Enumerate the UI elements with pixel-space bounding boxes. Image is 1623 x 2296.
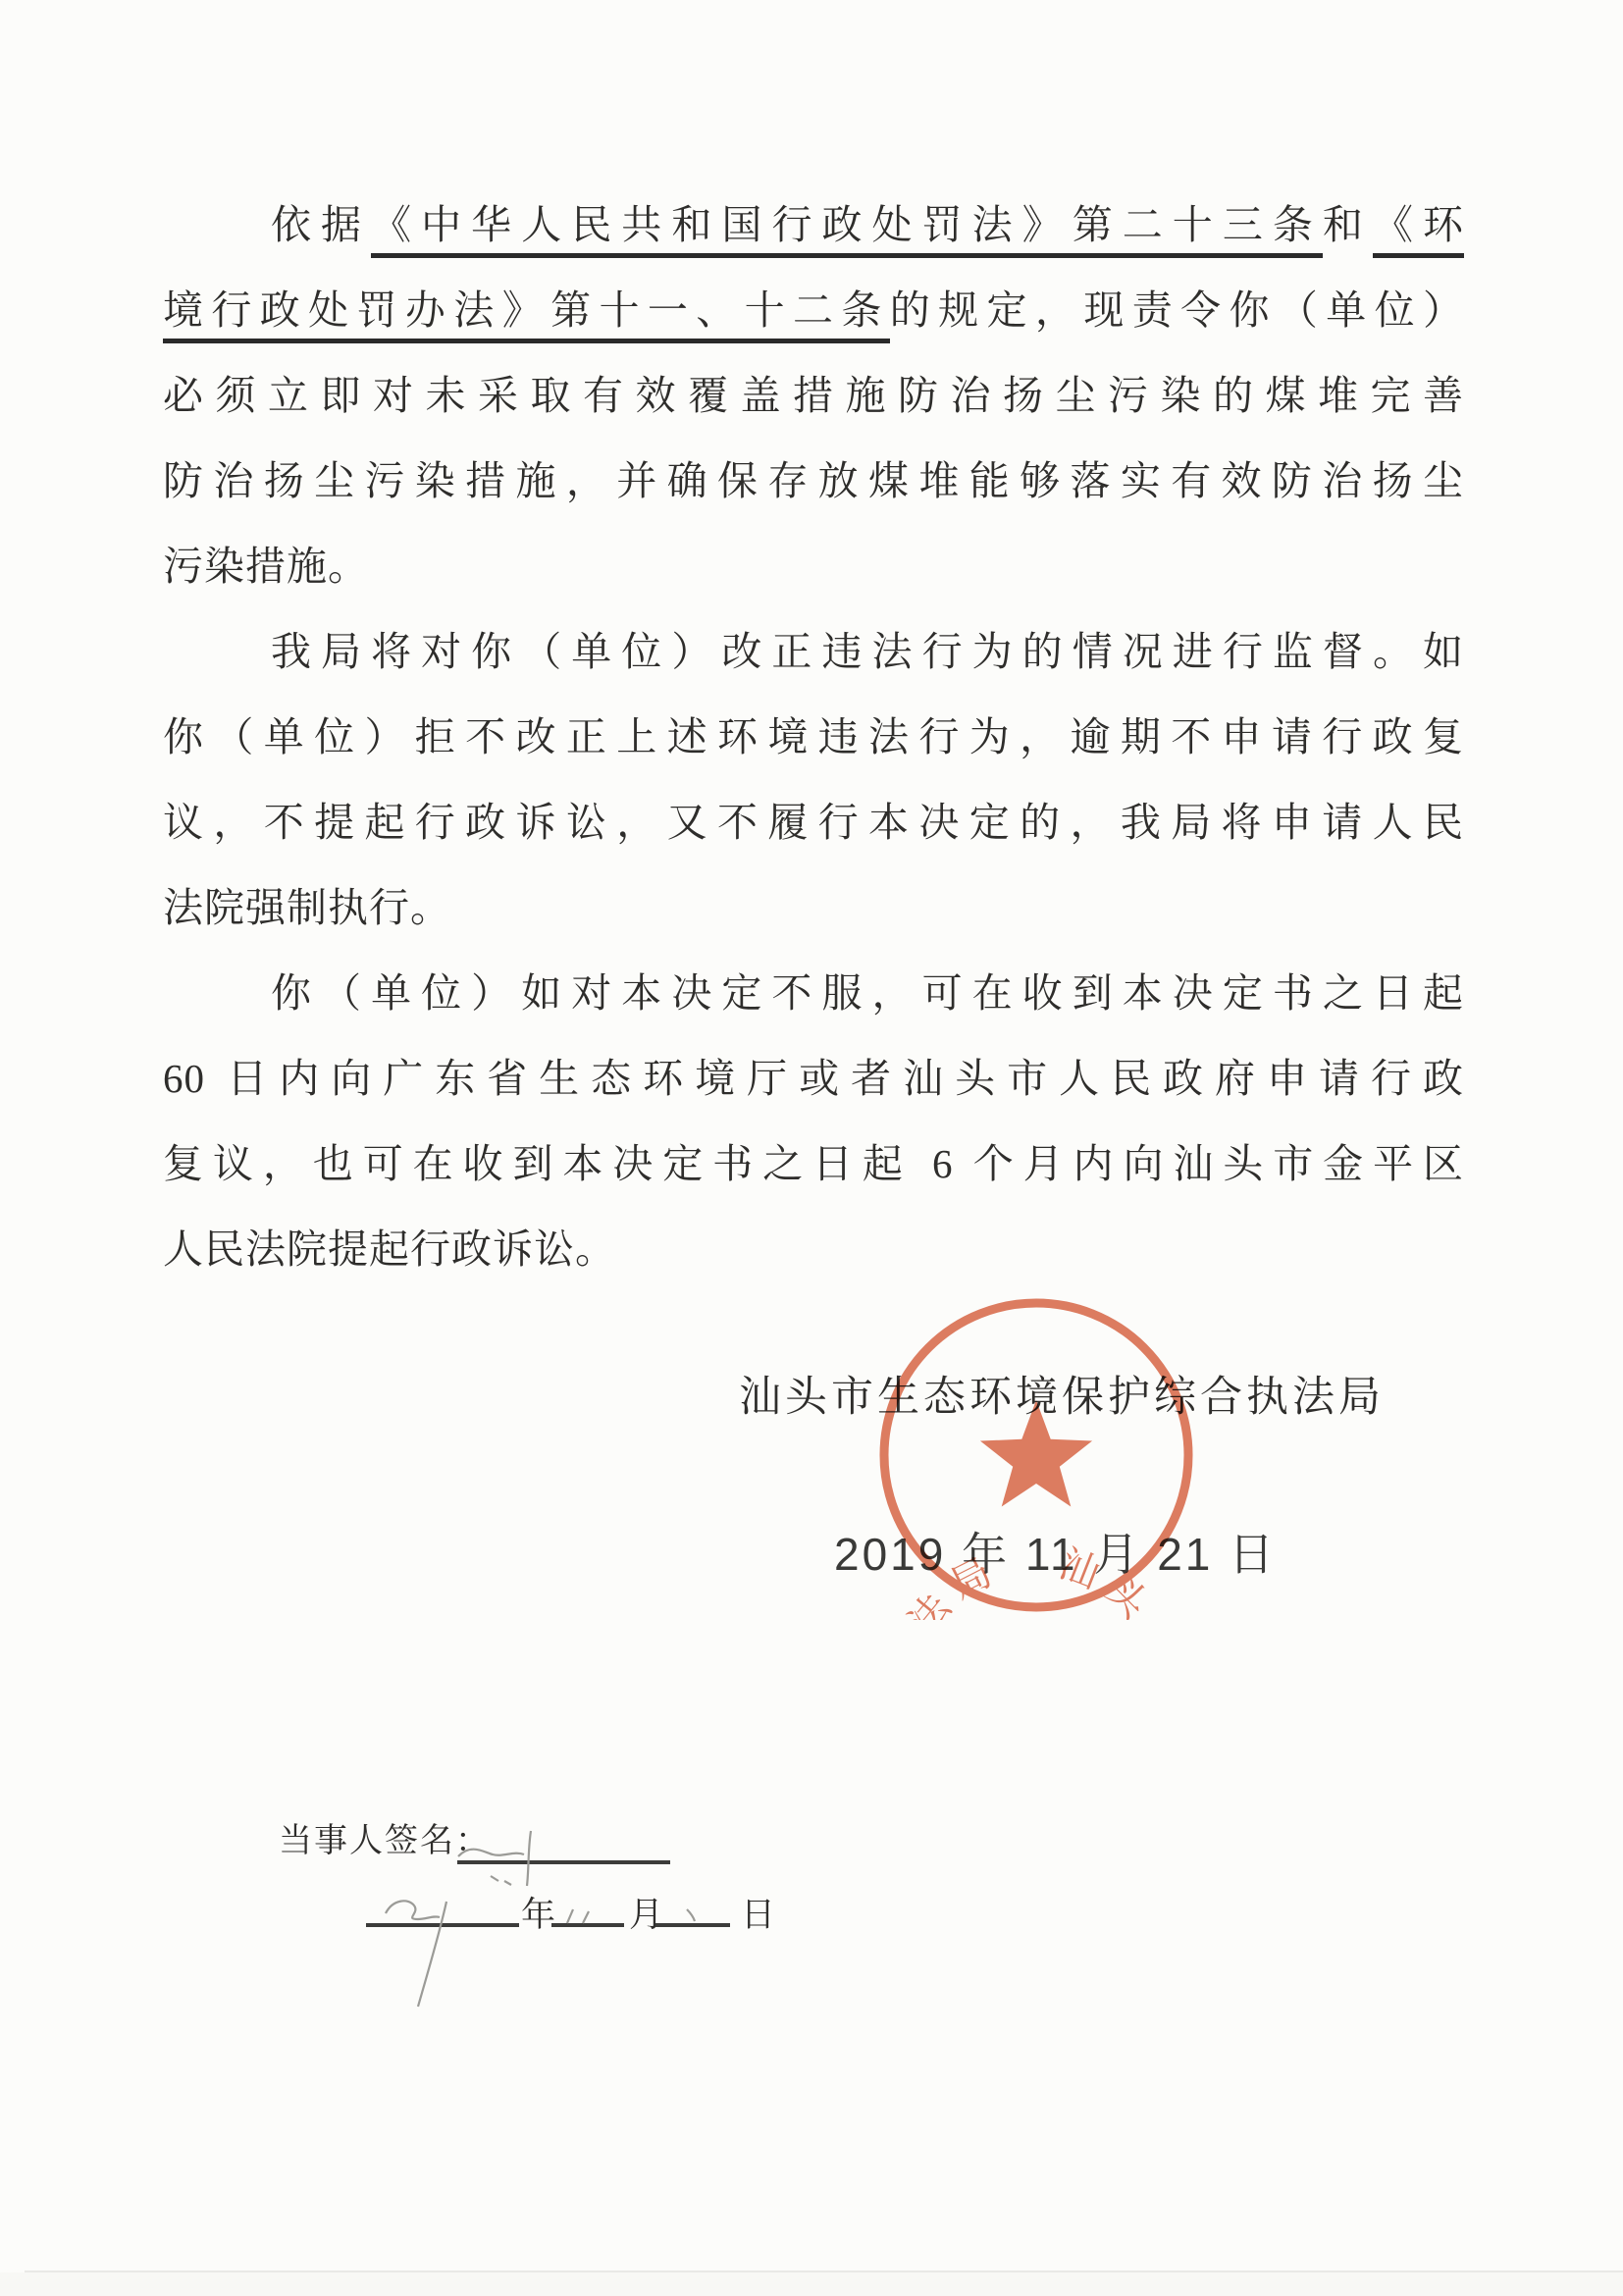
body-text: 议，不提起行政诉讼，又不履行本决定的，我局将申请人民 bbox=[163, 800, 1464, 845]
scan-artifact-line bbox=[25, 2270, 1623, 2272]
cited-law-text: 《中华人民共和国行政处罚法》第二十三条 bbox=[371, 202, 1323, 258]
scanned-document-page: 依据《中华人民共和国行政处罚法》第二十三条和《环境行政处罚办法》第十一、十二条的… bbox=[0, 0, 1623, 2296]
document-line: 议，不提起行政诉讼，又不履行本决定的，我局将申请人民 bbox=[163, 780, 1464, 865]
handwritten-mark bbox=[527, 1831, 531, 1886]
body-text: 你（单位）拒不改正上述环境违法行为，逾期不申请行政复 bbox=[163, 714, 1464, 759]
body-text: 我局将对你（单位）改正违法行为的情况进行监督。如 bbox=[271, 629, 1464, 674]
document-line: 防治扬尘污染措施，并确保存放煤堆能够落实有效防治扬尘 bbox=[163, 439, 1464, 524]
document-line: 污染措施。 bbox=[163, 524, 1464, 609]
cited-law-text: 《环 bbox=[1373, 202, 1464, 258]
paragraph: 你（单位）如对本决定不服，可在收到本决定书之日起60 日内向广东省生态环境厅或者… bbox=[163, 951, 1464, 1292]
body-text: 必须立即对未采取有效覆盖措施防治扬尘污染的煤堆完善 bbox=[163, 373, 1464, 418]
body-text: 的规定，现责令你（单位） bbox=[890, 287, 1464, 333]
body-text: 你（单位）如对本决定不服，可在收到本决定书之日起 bbox=[271, 970, 1464, 1016]
body-text: 60 日内向广东省生态环境厅或者汕头市人民政府申请行政 bbox=[163, 1056, 1464, 1101]
handwritten-mark bbox=[687, 1909, 695, 1921]
handwritten-mark bbox=[567, 1909, 589, 1923]
paragraph: 依据《中华人民共和国行政处罚法》第二十三条和《环境行政处罚办法》第十一、十二条的… bbox=[163, 183, 1464, 609]
handwritten-marks bbox=[245, 1796, 1030, 2021]
document-line: 60 日内向广东省生态环境厅或者汕头市人民政府申请行政 bbox=[163, 1036, 1464, 1122]
body-text: 人民法院提起行政诉讼。 bbox=[163, 1226, 616, 1272]
scan-artifact-strip bbox=[0, 2272, 1623, 2296]
body-text: 依据 bbox=[271, 202, 371, 247]
document-line: 必须立即对未采取有效覆盖措施防治扬尘污染的煤堆完善 bbox=[163, 353, 1464, 439]
body-text: 防治扬尘污染措施，并确保存放煤堆能够落实有效防治扬尘 bbox=[163, 458, 1464, 503]
document-line: 境行政处罚办法》第十一、十二条的规定，现责令你（单位） bbox=[163, 268, 1464, 353]
body-text: 和 bbox=[1323, 202, 1373, 247]
document-line: 我局将对你（单位）改正违法行为的情况进行监督。如 bbox=[163, 609, 1464, 695]
document-line: 法院强制执行。 bbox=[163, 865, 1464, 951]
document-line: 人民法院提起行政诉讼。 bbox=[163, 1207, 1464, 1292]
document-line: 你（单位）如对本决定不服，可在收到本决定书之日起 bbox=[163, 951, 1464, 1036]
document-line: 复议，也可在收到本决定书之日起 6 个月内向汕头市金平区 bbox=[163, 1122, 1464, 1207]
document-body: 依据《中华人民共和国行政处罚法》第二十三条和《环境行政处罚办法》第十一、十二条的… bbox=[163, 183, 1464, 1292]
cited-law-text: 境行政处罚办法》第十一、十二条 bbox=[163, 287, 890, 343]
body-text: 污染措施。 bbox=[163, 544, 369, 589]
document-line: 你（单位）拒不改正上述环境违法行为，逾期不申请行政复 bbox=[163, 695, 1464, 780]
paragraph: 我局将对你（单位）改正违法行为的情况进行监督。如你（单位）拒不改正上述环境违法行… bbox=[163, 609, 1464, 951]
handwritten-mark bbox=[491, 1876, 511, 1885]
document-line: 依据《中华人民共和国行政处罚法》第二十三条和《环 bbox=[163, 183, 1464, 268]
body-text: 法院强制执行。 bbox=[163, 885, 451, 930]
star-icon bbox=[980, 1400, 1092, 1507]
handwritten-mark bbox=[386, 1901, 440, 1919]
handwritten-mark bbox=[458, 1850, 524, 1856]
official-stamp: 汕头市生态环境保护综合执法局 bbox=[871, 1290, 1201, 1620]
body-text: 复议，也可在收到本决定书之日起 6 个月内向汕头市金平区 bbox=[163, 1141, 1464, 1186]
